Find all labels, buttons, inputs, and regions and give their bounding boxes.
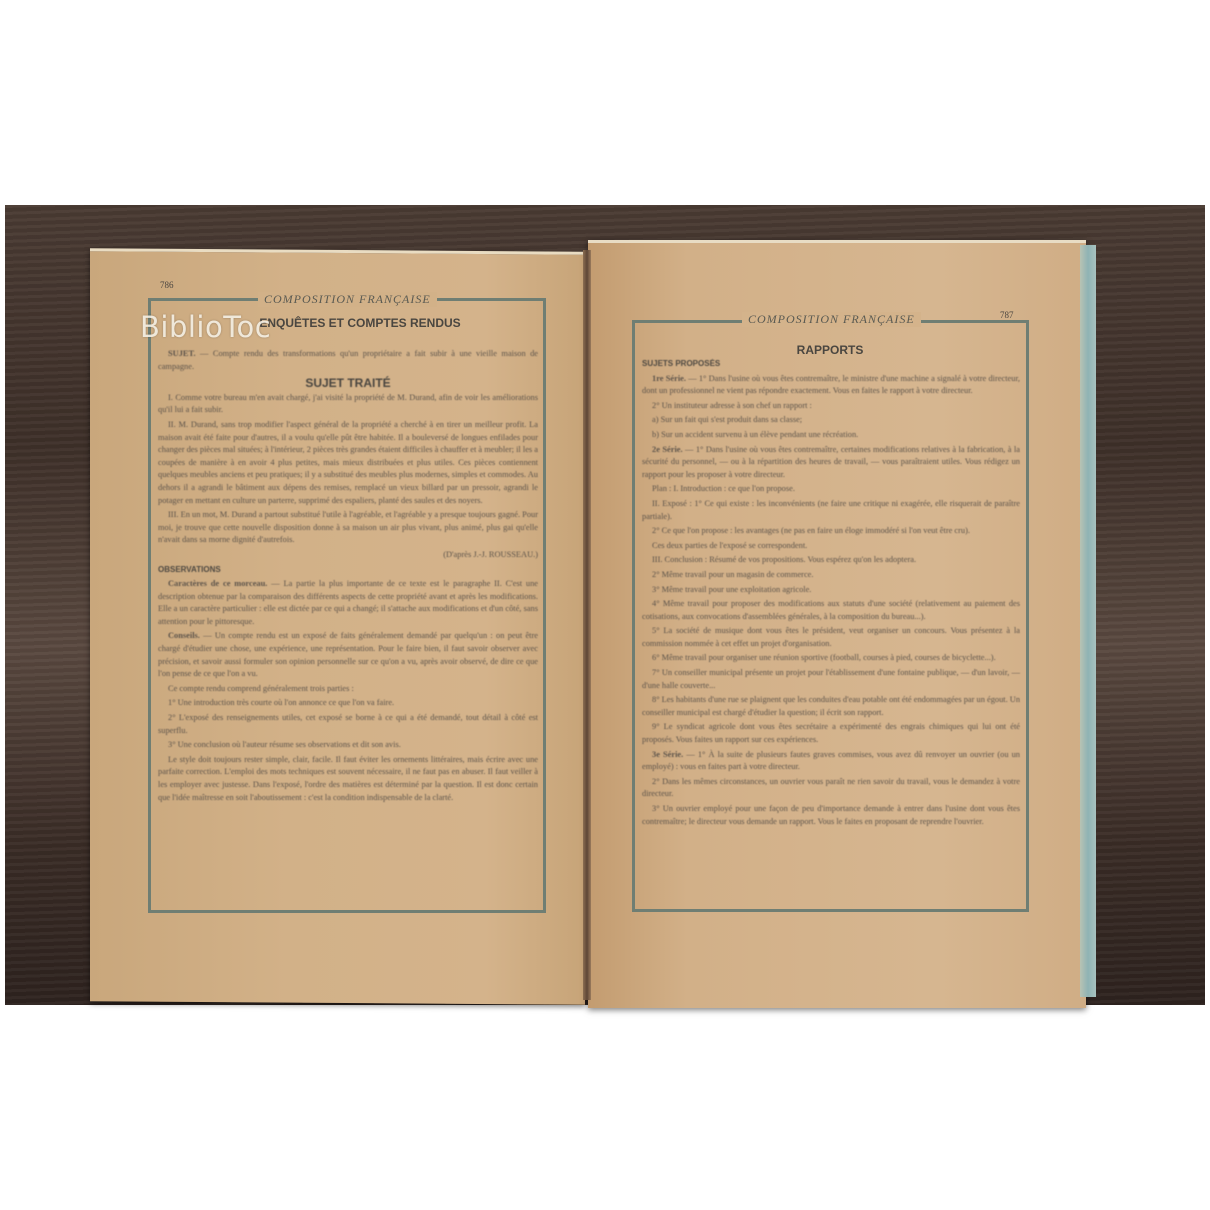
observations-title: OBSERVATIONS xyxy=(158,564,538,577)
book-gutter xyxy=(583,250,591,1000)
treated-title: SUJET TRAITÉ xyxy=(158,377,538,390)
paragraph: III. En un mot, M. Durand a partout subs… xyxy=(158,509,538,547)
paragraph: II. M. Durand, sans trop modifier l'aspe… xyxy=(158,419,538,507)
attribution: (D'après J.-J. ROUSSEAU.) xyxy=(158,549,538,562)
left-page-body: SUJET. — Compte rendu des transformation… xyxy=(158,348,538,806)
subject-label: SUJET. xyxy=(168,349,196,358)
right-running-header: COMPOSITION FRANÇAISE xyxy=(742,312,921,327)
left-page-number: 786 xyxy=(160,280,174,290)
watermark-logo: BiblioToc xyxy=(140,310,271,344)
right-page-body: SUJETS PROPOSÉS 1re Série. — 1° Dans l'u… xyxy=(642,358,1020,830)
subject-text: — Compte rendu des transformations qu'un… xyxy=(158,349,538,371)
proposed-title: SUJETS PROPOSÉS xyxy=(642,358,1020,371)
left-running-header: COMPOSITION FRANÇAISE xyxy=(258,292,437,307)
paragraph: I. Comme votre bureau m'en avait chargé,… xyxy=(158,392,538,417)
right-section-title: RAPPORTS xyxy=(700,343,960,357)
book-cover-edge xyxy=(1080,245,1096,997)
right-page-number: 787 xyxy=(1000,310,1014,320)
